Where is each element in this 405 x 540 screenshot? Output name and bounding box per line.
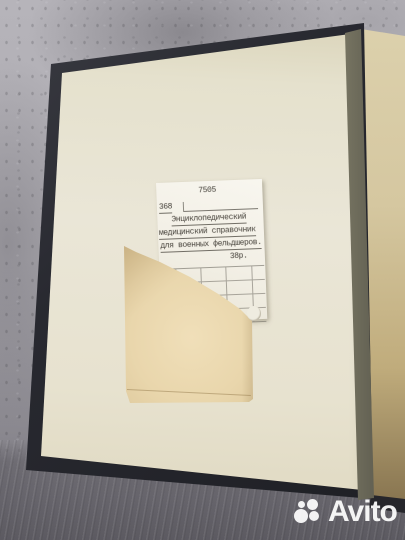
card-catalog-number: 7505 <box>198 186 216 196</box>
avito-logo-circle-small <box>298 501 305 508</box>
avito-watermark: Avito <box>292 496 397 528</box>
card-grid-cell <box>201 267 227 282</box>
card-inventory-number: 368 <box>159 202 173 213</box>
avito-logo-circle-large <box>294 509 308 523</box>
pocket-crease <box>127 389 251 396</box>
card-rule-line <box>184 208 258 212</box>
card-grid-cell <box>227 280 254 295</box>
card-grid-cell <box>226 266 253 281</box>
card-grid-cell <box>252 266 265 280</box>
card-grid-cell <box>253 280 266 294</box>
avito-watermark-text: Avito <box>328 496 397 528</box>
card-thumb-notch <box>247 306 261 321</box>
card-price: 38р. <box>230 252 248 262</box>
photo-scene: 7505 368 Энциклопедический медицинский с… <box>0 0 405 540</box>
avito-logo-circle-top-right <box>307 499 318 510</box>
card-title-line-1: Энциклопедический <box>171 213 246 227</box>
card-title-line-2: медицинский справочник <box>159 225 256 240</box>
avito-logo-circle-bottom-right <box>309 511 319 521</box>
avito-logo-icon <box>292 496 326 528</box>
